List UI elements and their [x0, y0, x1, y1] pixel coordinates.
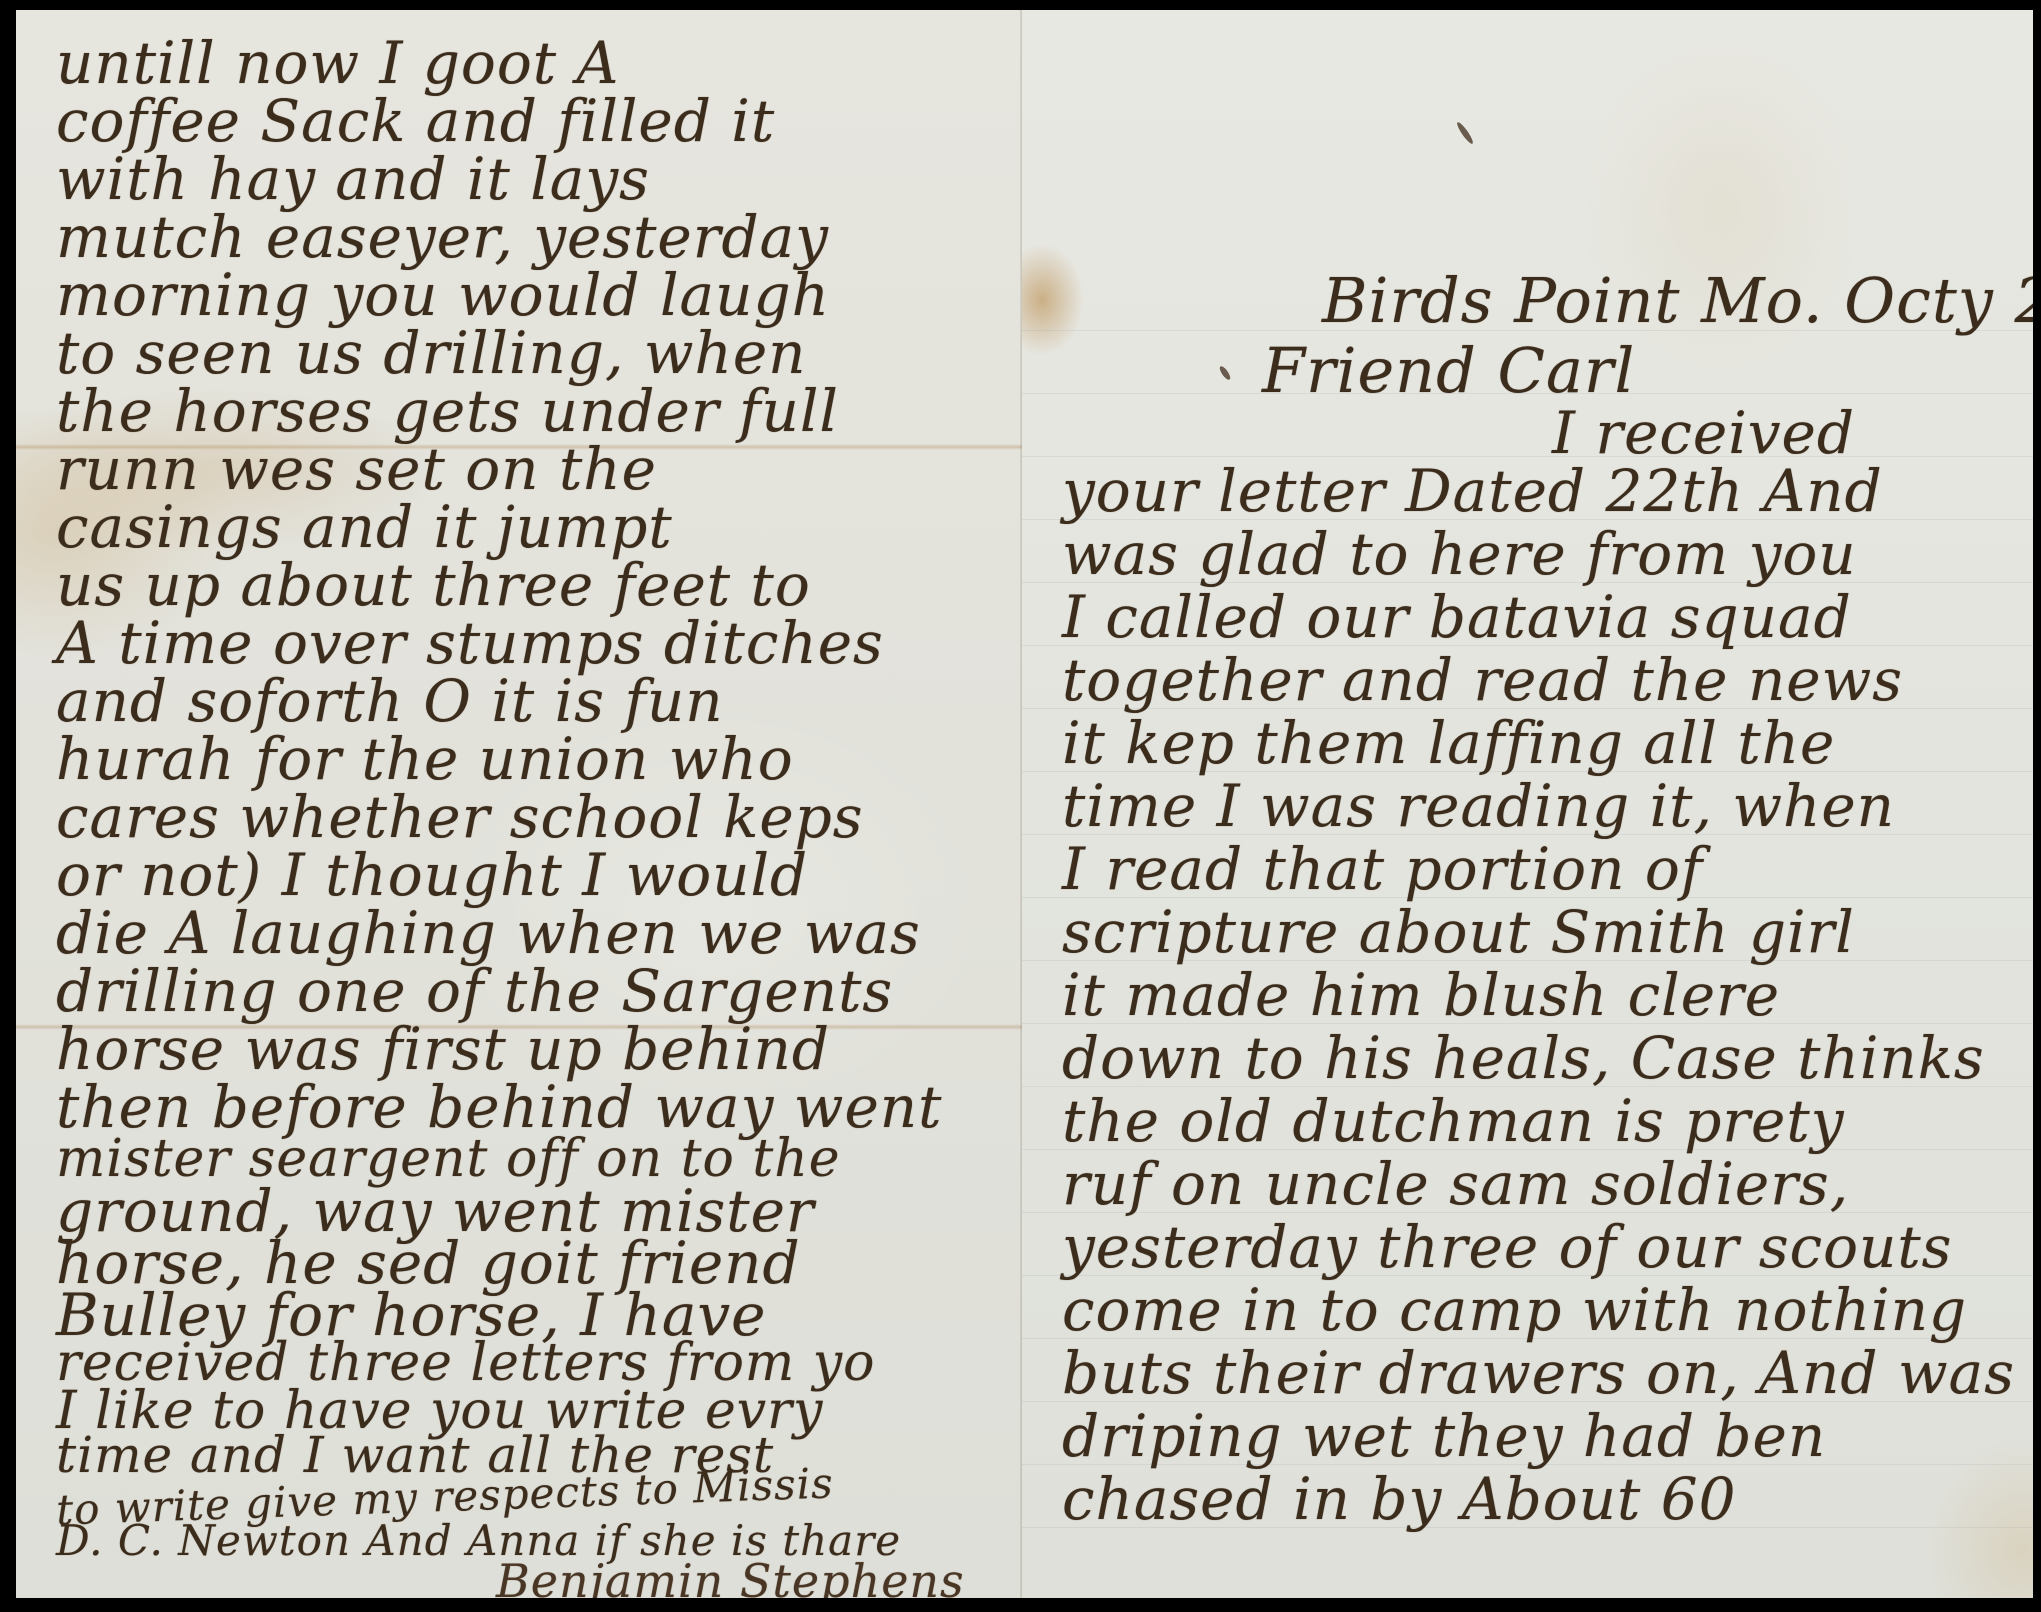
letter-sheet: untill now I goot A coffee Sack and fill…: [16, 10, 2033, 1598]
ink-speck: [1218, 365, 1232, 382]
letter-line: A time over stumps ditches: [56, 612, 884, 674]
letter-line: mutch easeyer, yesterday: [56, 206, 829, 268]
letter-line: yesterday three of our scouts: [1062, 1216, 1952, 1278]
letter-line: your letter Dated 22th And: [1062, 460, 1883, 522]
letter-line: chased in by About 60: [1062, 1468, 1737, 1530]
letter-line: ruf on uncle sam soldiers,: [1062, 1153, 1849, 1215]
salutation: Friend Carl: [1262, 340, 1635, 402]
letter-line: and soforth O it is fun: [56, 670, 724, 732]
letter-line: come in to camp with nothing: [1062, 1279, 1967, 1341]
letter-line: I read that portion of: [1062, 838, 1703, 900]
letter-line: die A laughing when we was: [56, 902, 921, 964]
letter-line: I called our batavia squad: [1062, 586, 1852, 648]
letter-line: drilling one of the Sargents: [56, 960, 893, 1022]
letter-line: horse was first up behind: [56, 1018, 830, 1080]
letter-line: untill now I goot A: [56, 32, 619, 94]
dateline: Birds Point Mo. Octy 28/61: [1322, 270, 2033, 332]
letter-line: cares whether school keps: [56, 786, 864, 848]
letter-line: it made him blush clere: [1062, 964, 1780, 1026]
letter-line: coffee Sack and filled it: [56, 90, 775, 152]
letter-line: driping wet they had ben: [1062, 1405, 1826, 1467]
opening-line: I received: [1552, 402, 1855, 464]
letter-line: the old dutchman is prety: [1062, 1090, 1844, 1152]
letter-line: with hay and it lays: [56, 148, 650, 210]
letter-line: us up about three feet to: [56, 554, 811, 616]
letter-line: casings and it jumpt: [56, 496, 673, 558]
letter-line: together and read the news: [1062, 649, 1903, 711]
left-page: untill now I goot A coffee Sack and fill…: [16, 10, 1022, 1598]
letter-line: runn wes set on the: [56, 438, 657, 500]
letter-line: time I was reading it, when: [1062, 775, 1895, 837]
letter-line: it kep them laffing all the: [1062, 712, 1835, 774]
signature: Benjamin Stephens: [496, 1550, 965, 1598]
letter-line: to seen us drilling, when: [56, 322, 807, 384]
right-page: Birds Point Mo. Octy 28/61 Friend Carl I…: [1022, 10, 2033, 1598]
letter-line: was glad to here from you: [1062, 523, 1857, 585]
letter-line: or not) I thought I would: [56, 844, 808, 906]
letter-line: morning you would laugh: [56, 264, 830, 326]
letter-line: the horses gets under full: [56, 380, 839, 442]
letter-line: down to his heals, Case thinks: [1062, 1027, 1985, 1089]
letter-line: scripture about Smith girl: [1062, 901, 1855, 963]
letter-line: buts their drawers on, And was: [1062, 1342, 2015, 1404]
ink-speck: [1455, 121, 1475, 146]
letter-line: hurah for the union who: [56, 728, 794, 790]
